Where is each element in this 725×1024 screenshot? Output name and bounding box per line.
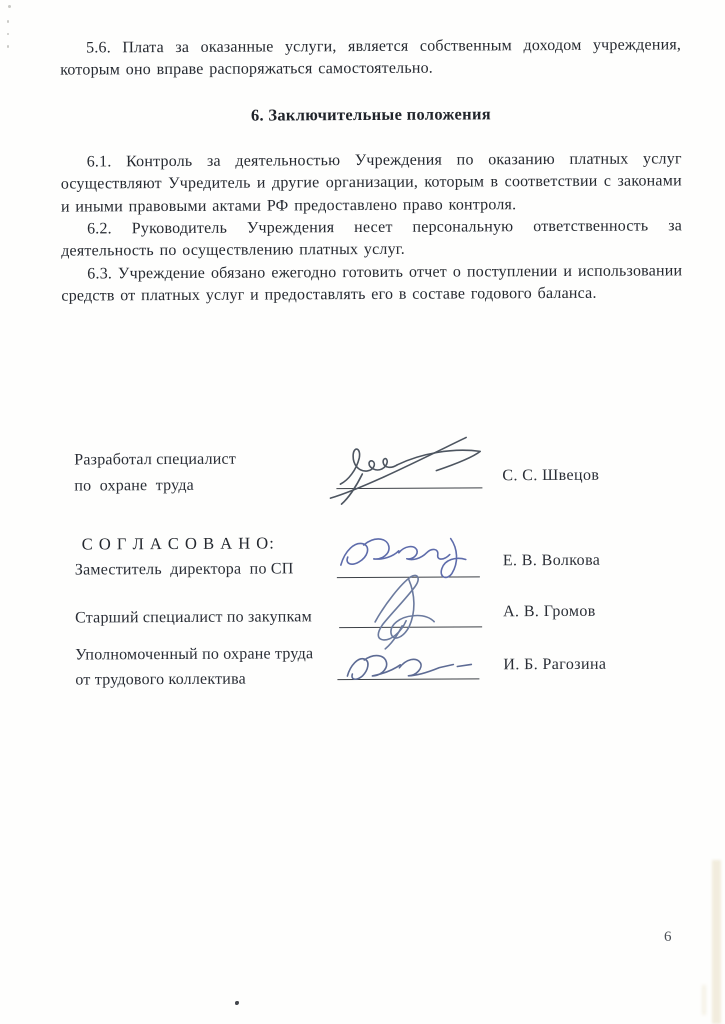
scan-speck xyxy=(8,5,11,8)
signer-name-gromov: А. В. Громов xyxy=(503,603,596,621)
scan-speck xyxy=(7,33,9,35)
paragraph-6-2: 6.2. Руководитель Учреждения несет персо… xyxy=(61,215,682,263)
signer-name-shvetsov: С. С. Швецов xyxy=(502,467,599,486)
handwritten-signature-shvetsov xyxy=(328,433,503,506)
page-number: 6 xyxy=(664,929,672,946)
paragraph-5-6: 5.6. Плата за оказанные услуги, является… xyxy=(60,34,681,82)
developer-role-label: Разработал специалист по охране труда xyxy=(74,447,236,500)
procurement-specialist-role-label: Старший специалист по закупкам xyxy=(75,604,312,631)
page-content: 5.6. Плата за оказанные услуги, является… xyxy=(0,0,725,1024)
signer-name-volkova: Е. В. Волкова xyxy=(503,552,601,571)
handwritten-signature-gromov xyxy=(347,571,482,650)
handwritten-signature-ragozina xyxy=(339,649,494,698)
labor-safety-representative-role-label: Уполномоченный по охране труда от трудов… xyxy=(75,641,313,692)
signer-name-ragozina: И. Б. Рагозина xyxy=(503,656,606,675)
approval-heading: С О Г Л А С О В А Н О: xyxy=(82,533,275,554)
paragraph-6-1: 6.1. Контроль за деятельностью Учреждени… xyxy=(61,148,682,218)
body-text-column: 5.6. Плата за оказанные услуги, является… xyxy=(60,34,682,308)
paragraph-6-3: 6.3. Учреждение обязано ежегодно готовит… xyxy=(61,260,682,308)
scan-edge-shadow-small xyxy=(702,985,706,1015)
section-6-heading: 6. Заключительные положения xyxy=(60,103,681,126)
scan-speck xyxy=(7,20,9,23)
deputy-director-role-label: Заместитель директора по СП xyxy=(75,556,294,583)
scan-speck xyxy=(7,45,9,48)
scan-edge-shadow xyxy=(712,860,721,1024)
scanned-document-page: 5.6. Плата за оказанные услуги, является… xyxy=(0,0,725,1024)
